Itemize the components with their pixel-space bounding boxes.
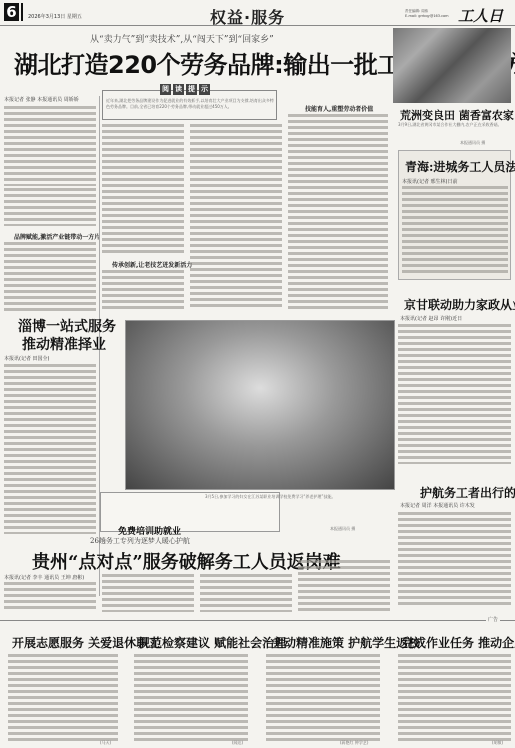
- editor-email: E-mail: grrbqy@163.com: [405, 14, 449, 19]
- hulv-byline: 本报记者 周洋 本报通讯员 许木发: [400, 502, 475, 509]
- tip-char: 阅: [160, 84, 171, 95]
- zibo-headline-1[interactable]: 淄博一站式服务: [18, 316, 116, 336]
- ad-signoff-3: (蒋艳红 钟学艺): [340, 740, 384, 746]
- ad-signoff-1: (马天): [100, 740, 120, 746]
- lead-body-col4: [288, 114, 388, 310]
- hulv-body: [398, 512, 511, 608]
- section-title: 权益·服务: [210, 5, 285, 28]
- issue-date: 2026年3月13日 星期五: [28, 13, 82, 20]
- photo-caption-title: 荒洲变良田 菌香富农家: [400, 107, 514, 123]
- tip-char: 示: [199, 84, 210, 95]
- lead-body-col1b: [4, 188, 96, 226]
- zibo-headline-2[interactable]: 推动精准择业: [22, 334, 106, 354]
- guizhou-body-col2: [102, 574, 194, 612]
- ad-headline-2[interactable]: 规范检察建议 赋能社会治理: [138, 634, 286, 651]
- lead-kicker: 从“卖力气”到“卖技术”,从“闯天下”到“回家乡”: [90, 32, 274, 45]
- ad-body-4: [398, 654, 511, 742]
- lead-subhead-3: 技能育人,重塑劳动者价值: [305, 104, 373, 113]
- guizhou-body-col3: [200, 574, 292, 612]
- qinghai-headline[interactable]: 青海:进城务工人员法援工作站揭牌: [405, 158, 515, 175]
- ad-body-3: [266, 654, 380, 742]
- lead-body-col2b: [102, 270, 184, 310]
- lead-byline: 本报记者 张静 本报通讯员 周娇娇: [4, 96, 79, 103]
- ad-signoff-2: (闻达): [232, 740, 252, 746]
- lead-body-col1: [4, 106, 96, 186]
- tip-char: 提: [186, 84, 197, 95]
- guizhou-body-col1: [4, 582, 96, 612]
- lead-body-col2: [102, 124, 184, 254]
- reading-tip-title: 阅 读 提 示: [160, 84, 210, 95]
- lead-body-col1c: [4, 242, 96, 312]
- zibo-byline: 本报讯(记者 田国全): [4, 355, 50, 362]
- ad-signoff-4: (胡敏): [492, 740, 512, 746]
- photo-credit: 本报通讯员 摄: [460, 140, 510, 146]
- guizhou-kicker: 26趟务工专列为逐梦人暖心护航: [90, 536, 190, 546]
- guizhou-body-col4: [298, 560, 390, 612]
- greenhouse-photo: [393, 28, 511, 103]
- lead-subhead-2: 传承创新,让老技艺迸发新活力: [112, 260, 192, 269]
- ad-label: 广告: [486, 616, 500, 623]
- ad-divider: [0, 620, 515, 621]
- ad-body-2: [134, 654, 248, 742]
- photo-mid-credit: 本报通讯员 摄: [330, 526, 390, 532]
- guizhou-byline: 本报讯(记者 李丰 通讯员 王坤 唐彬): [4, 574, 84, 581]
- qinghai-body: [402, 186, 508, 276]
- zibo-body: [4, 364, 96, 534]
- editor-info: 责任编辑: 周伟 E-mail: grrbqy@163.com: [405, 9, 449, 19]
- guizhou-headline[interactable]: 贵州“点对点”服务破解务工人员返岗难: [32, 548, 341, 574]
- ad-body-1: [8, 654, 118, 742]
- hulv-headline[interactable]: 护航务工者出行的列车: [420, 484, 515, 501]
- jinggan-body: [398, 324, 511, 464]
- jinggan-byline: 本报讯(记者 赵昂 许刚)近日: [400, 315, 462, 322]
- lead-body-col3: [190, 124, 282, 310]
- lead-subhead-1: 品牌赋能,激活产业链带动一方片: [14, 232, 100, 241]
- ad-headline-3[interactable]: 主动精准施策 护航学生返校: [272, 634, 420, 651]
- qinghai-byline: 本报讯(记者 邢生林)日前: [402, 178, 458, 185]
- page-number-bar: [21, 3, 23, 21]
- tip-char: 读: [173, 84, 184, 95]
- reading-tip-text: 近年来,湖北把劳务品牌建设作为促进就业的有效抓手,以培育壮大产业项目为支撑,培育…: [106, 98, 274, 118]
- page-number: 6: [4, 3, 19, 21]
- jinggan-headline[interactable]: 京甘联动助力家政从业者上岗: [404, 296, 515, 313]
- nursing-training-photo: [125, 320, 395, 490]
- ad-headline-4[interactable]: 完成作业任务 推动企业发展: [402, 634, 515, 651]
- photo-mid-caption-text: 3月5日,参加学习的妇女在江苏某职业培训学校免费学习“养老护理”技能。: [205, 494, 395, 524]
